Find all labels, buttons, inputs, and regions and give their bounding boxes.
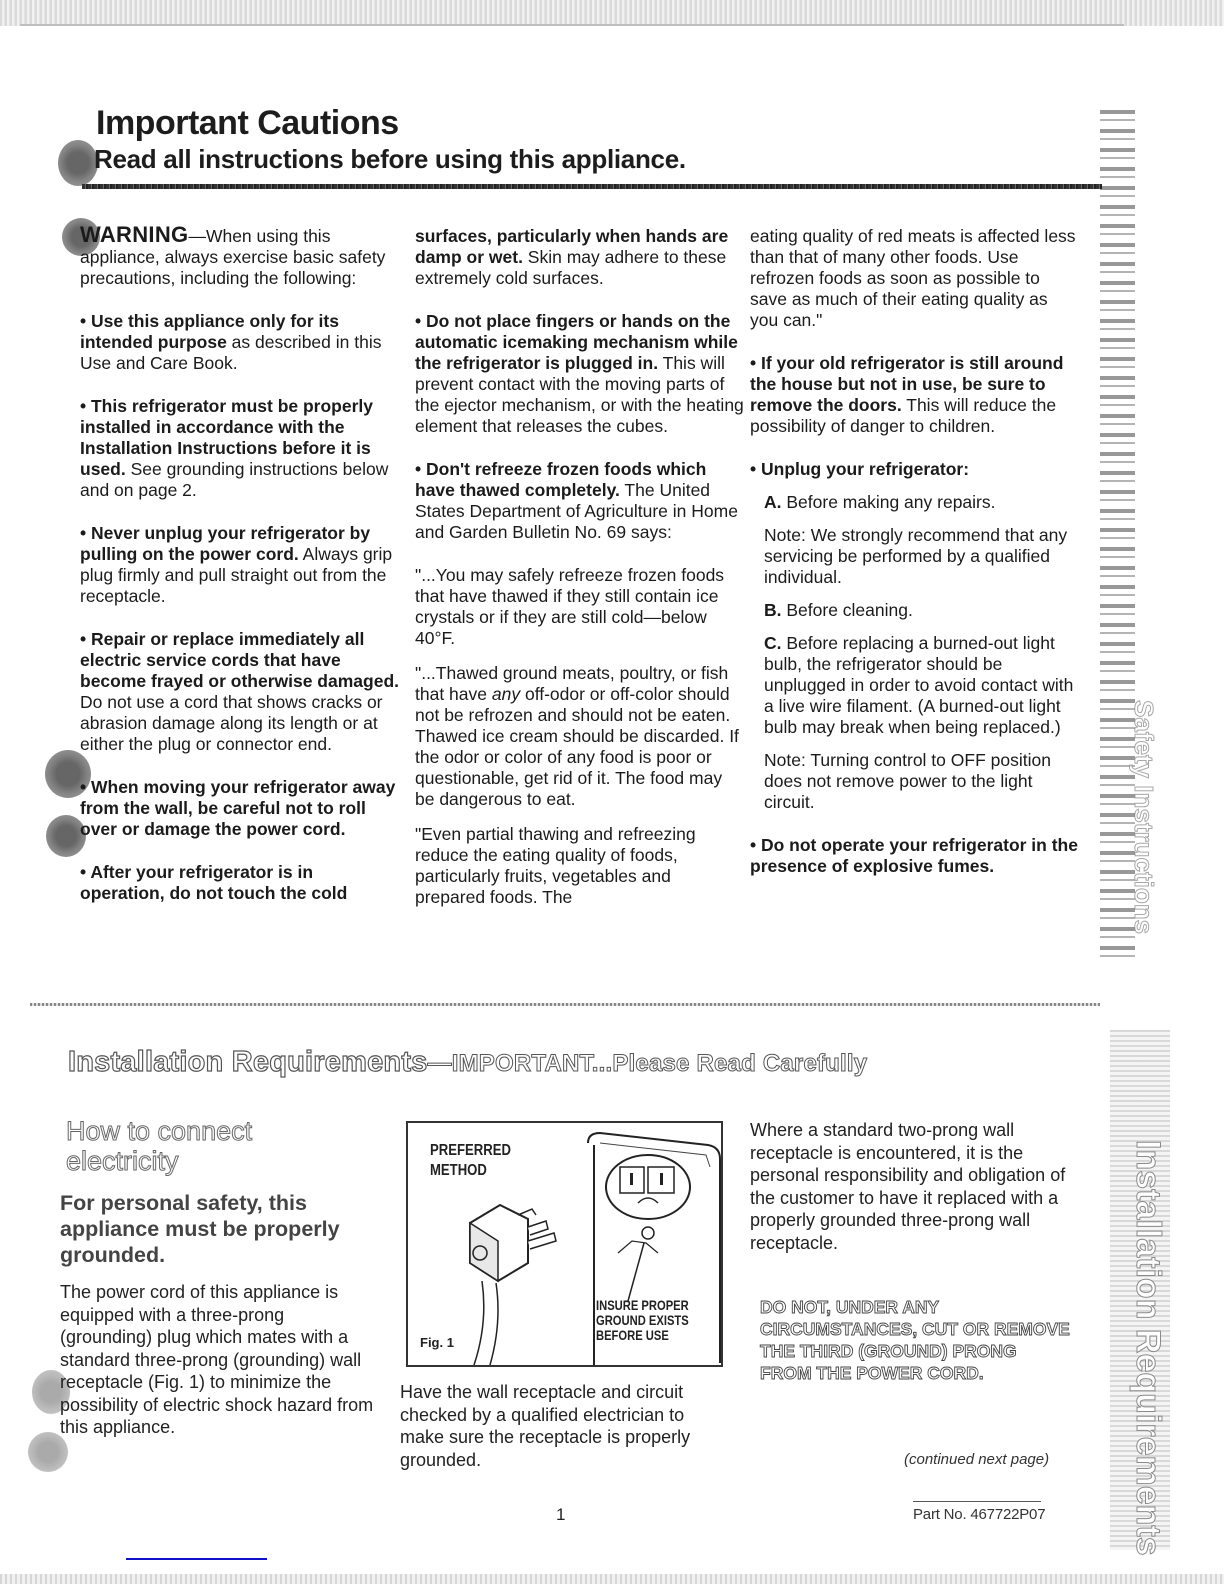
usda-quote: "...You may safely refreeze frozen foods…	[415, 565, 745, 649]
page-subtitle: Read all instructions before using this …	[94, 144, 686, 175]
caution-item: • After your refrigerator is in operatio…	[80, 862, 400, 904]
page-number: 1	[556, 1505, 565, 1525]
cautions-column-1: WARNING—When using this appliance, alway…	[80, 224, 400, 926]
caution-item: • Do not place fingers or hands on the a…	[415, 311, 745, 437]
part-number-rule	[913, 1501, 1041, 1502]
cautions-column-2: surfaces, particularly when hands are da…	[415, 226, 745, 930]
unplug-step-a: A. Before making any repairs.	[750, 492, 1080, 513]
hole-punch-icon	[58, 140, 98, 186]
section-divider	[30, 1003, 1100, 1006]
part-number: Part No. 467722P07	[913, 1506, 1045, 1523]
figure-label: PREFERRED METHOD	[430, 1141, 504, 1181]
subsection-heading: How to connect electricity	[66, 1116, 366, 1176]
caution-item: • When moving your refrigerator away fro…	[80, 777, 400, 840]
usda-quote: "...Thawed ground meats, poultry, or fis…	[415, 663, 745, 810]
caution-item: • Never unplug your refrigerator by pull…	[80, 523, 400, 607]
caution-item: • Use this appliance only for its intend…	[80, 311, 400, 374]
figure-note: INSURE PROPER GROUND EXISTS BEFORE USE	[596, 1298, 692, 1343]
figure-caption: Fig. 1	[420, 1335, 454, 1350]
caution-item: • Repair or replace immediately all elec…	[80, 629, 400, 755]
side-tab-installation-requirements[interactable]: Installation Requirements	[1128, 1140, 1167, 1556]
cautions-column-3: eating quality of red meats is affected …	[750, 226, 1080, 899]
scan-top-edge	[0, 0, 1224, 26]
section-title: Installation Requirements—IMPORTANT...Pl…	[68, 1046, 867, 1079]
grounding-heading: For personal safety, this appliance must…	[60, 1190, 360, 1268]
figure-1: PREFERRED METHOD INSURE PROPER GROUND EX…	[406, 1121, 723, 1367]
caution-item: • This refrigerator must be properly ins…	[80, 396, 400, 501]
unplug-note: Note: We strongly recommend that any ser…	[750, 525, 1080, 588]
caution-item: • If your old refrigerator is still arou…	[750, 353, 1080, 437]
continued-note: (continued next page)	[904, 1451, 1049, 1468]
caution-item: • Don't refreeze frozen foods which have…	[415, 459, 745, 543]
unplug-step-b: B. Before cleaning.	[750, 600, 1080, 621]
caution-item: surfaces, particularly when hands are da…	[415, 226, 745, 289]
receptacle-check-paragraph: Have the wall receptacle and circuit che…	[400, 1381, 710, 1471]
unplug-note: Note: Turning control to OFF position do…	[750, 750, 1080, 813]
side-tab-safety-instructions[interactable]: Safety Instructions	[1128, 700, 1159, 934]
usda-quote: "Even partial thawing and refreezing red…	[415, 824, 745, 908]
caution-item: • Do not operate your refrigerator in th…	[750, 835, 1080, 877]
usda-quote-continued: eating quality of red meats is affected …	[750, 226, 1080, 331]
caution-item-heading: • Unplug your refrigerator:	[750, 459, 1080, 480]
two-prong-paragraph: Where a standard two-prong wall receptac…	[750, 1119, 1080, 1254]
warning-label: WARNING	[80, 222, 188, 247]
unplug-step-c: C. Before replacing a burned-out light b…	[750, 633, 1080, 738]
title-divider	[82, 184, 1102, 189]
scan-bottom-edge	[0, 1574, 1224, 1584]
link-underline	[126, 1558, 267, 1560]
ground-prong-warning: DO NOT, UNDER ANY CIRCUMSTANCES, CUT OR …	[760, 1296, 1070, 1384]
warning-paragraph: WARNING—When using this appliance, alway…	[80, 224, 400, 289]
page-title: Important Cautions	[96, 104, 399, 143]
grounding-paragraph: The power cord of this appliance is equi…	[60, 1281, 380, 1439]
